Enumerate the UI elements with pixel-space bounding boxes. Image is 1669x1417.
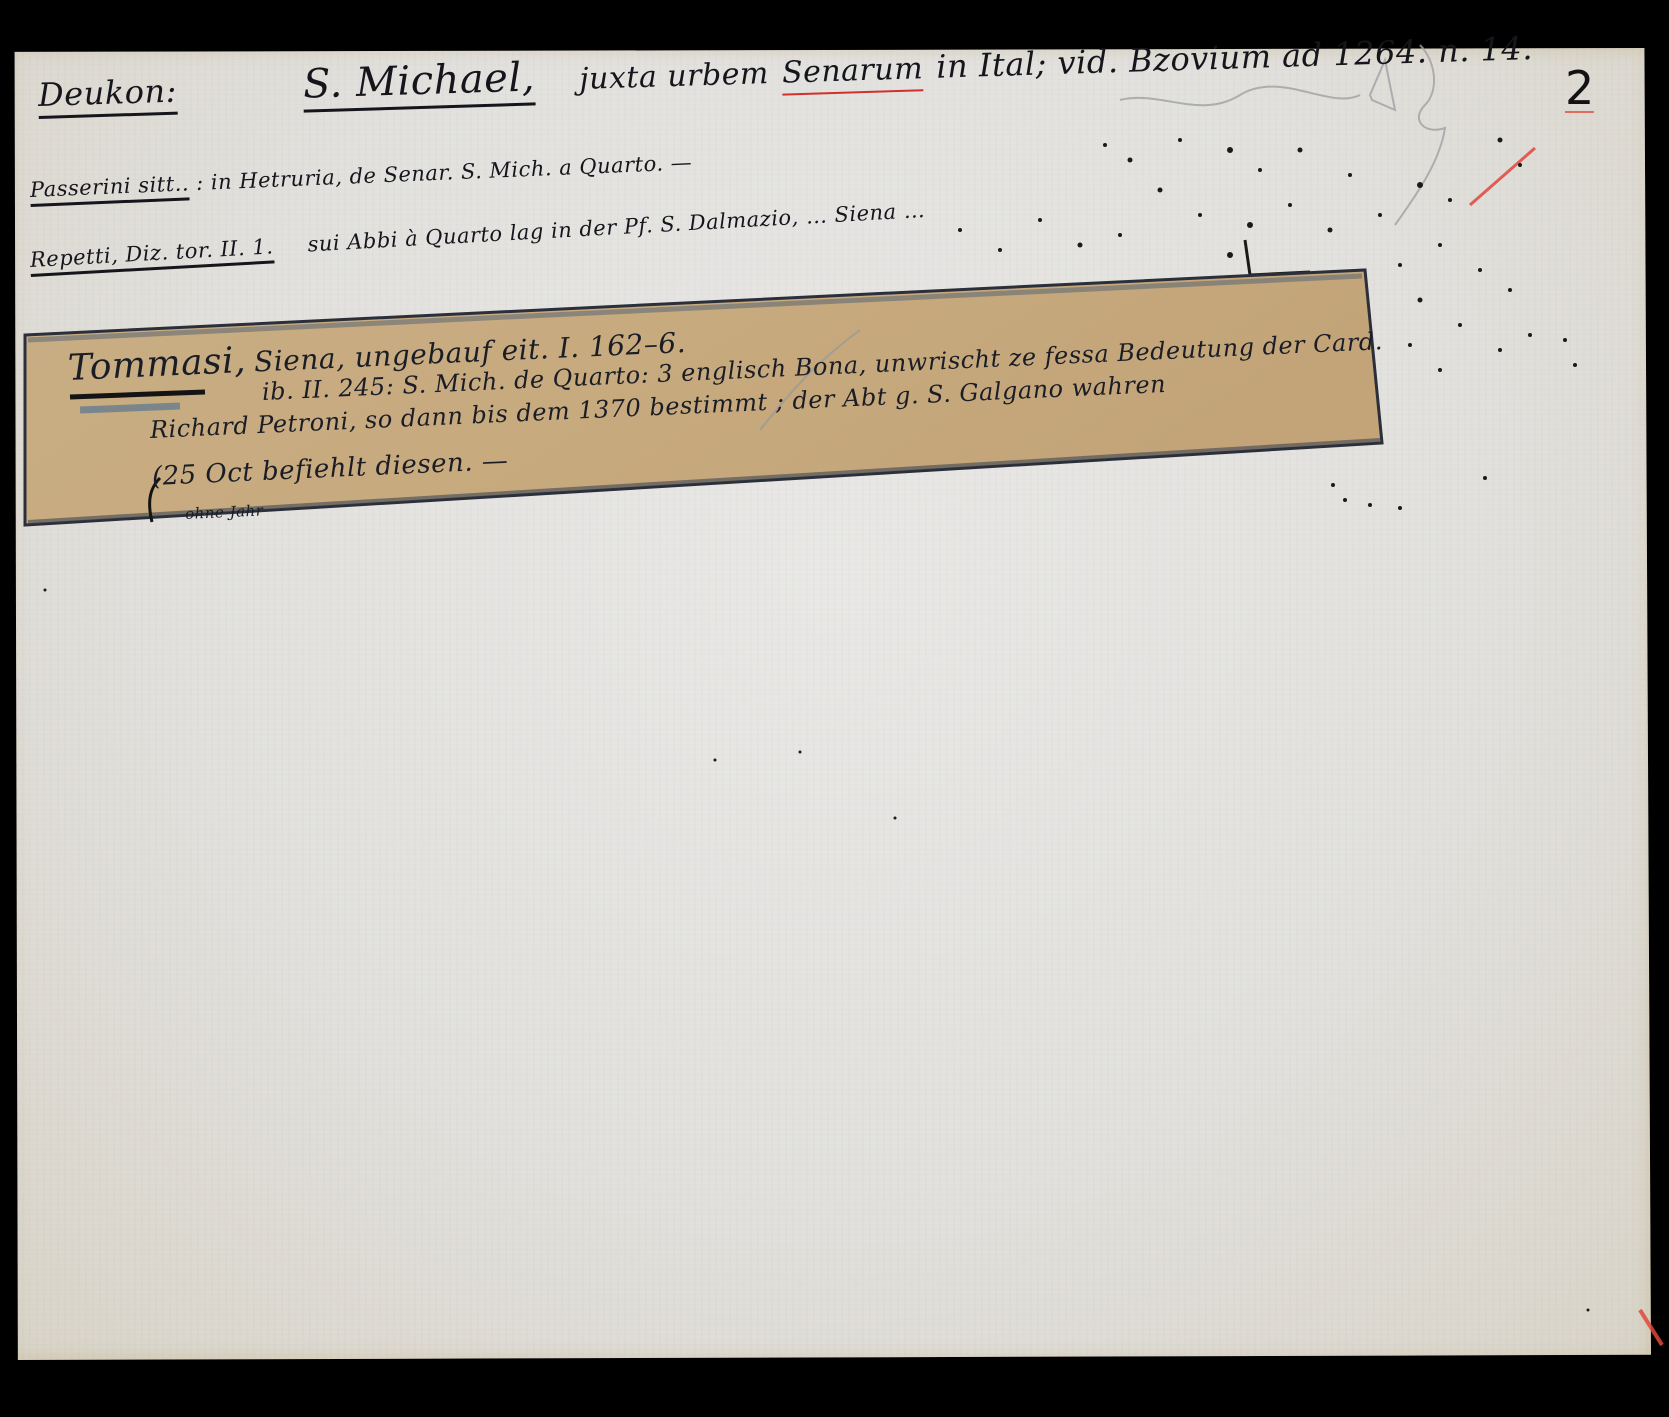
category-label: Deukon: <box>37 72 177 119</box>
location-text: juxta urbem <box>579 56 770 97</box>
city-name: Senarum <box>781 51 923 95</box>
slip-line-5: ohne Jahr <box>184 493 263 525</box>
folio-number: 2 <box>1565 65 1594 113</box>
slip-author: Tommasi, <box>67 340 247 389</box>
subject-name: S. Michael, <box>302 54 535 112</box>
slip-text: ohne Jahr <box>185 501 264 523</box>
